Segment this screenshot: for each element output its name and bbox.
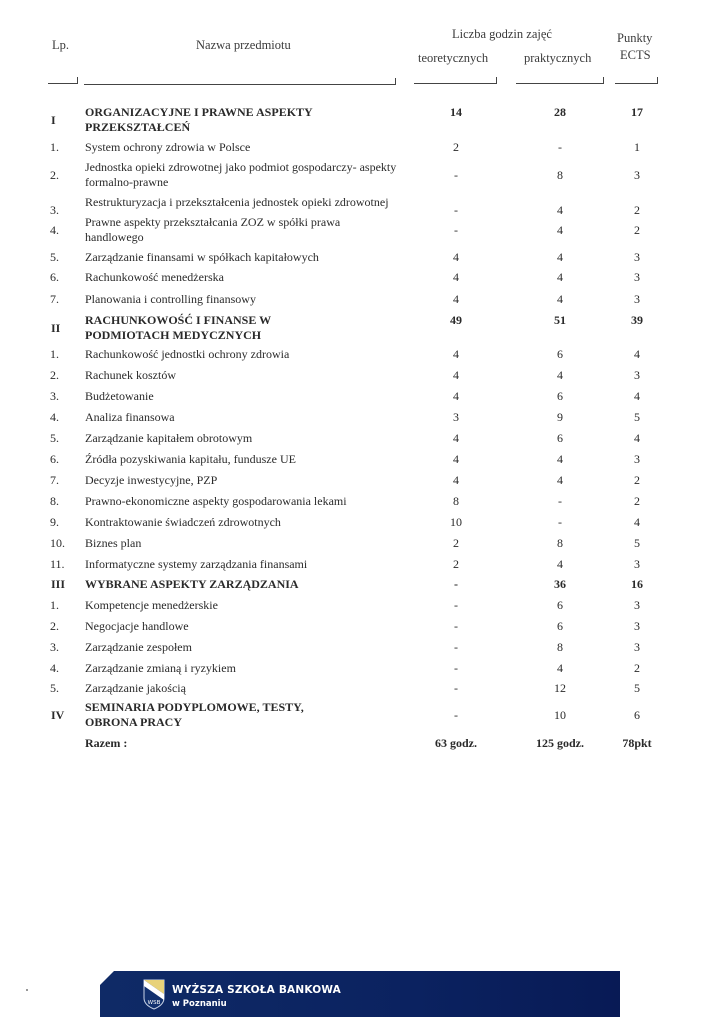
ects-points: 3: [607, 557, 667, 572]
ects-points: 3: [607, 270, 667, 285]
ects-points: 2: [607, 473, 667, 488]
theoretical-hours: -: [426, 598, 486, 613]
practical-hours: 9: [530, 410, 590, 425]
ects-points: 16: [607, 577, 667, 592]
subject-name: Prawno-ekonomiczne aspekty gospodarowani…: [85, 494, 400, 509]
row-number: 1.: [50, 347, 76, 362]
theoretical-hours: 4: [426, 431, 486, 446]
practical-hours: 4: [530, 368, 590, 383]
ects-points: 17: [607, 105, 667, 120]
row-number: 7.: [50, 473, 76, 488]
ects-points: 3: [607, 598, 667, 613]
wsb-shield-logo-icon: WSB: [143, 978, 165, 1010]
ects-points: 3: [607, 640, 667, 655]
subject-name: Decyzje inwestycyjne, PZP: [85, 473, 400, 488]
practical-hours: 8: [530, 536, 590, 551]
row-number: 5.: [50, 250, 76, 265]
subject-name: Negocjacje handlowe: [85, 619, 400, 634]
ects-points: 3: [607, 368, 667, 383]
row-number: 9.: [50, 515, 76, 530]
ects-points: 3: [607, 452, 667, 467]
theoretical-hours: 4: [426, 473, 486, 488]
row-number: 6.: [50, 270, 76, 285]
total-label: Razem :: [85, 736, 400, 751]
subject-name: Zarządzanie zespołem: [85, 640, 400, 655]
row-number: 8.: [50, 494, 76, 509]
ects-points: 3: [607, 168, 667, 183]
logo-text: WSB: [148, 1000, 161, 1006]
header-theoretical: teoretycznych: [418, 51, 488, 66]
ects-points: 4: [607, 389, 667, 404]
theoretical-hours: 4: [426, 270, 486, 285]
subject-name: Biznes plan: [85, 536, 400, 551]
theoretical-hours: 4: [426, 250, 486, 265]
header-lp: Lp.: [52, 38, 69, 53]
theoretical-hours: 2: [426, 536, 486, 551]
ects-points: 4: [607, 347, 667, 362]
ects-points: 2: [607, 203, 667, 218]
practical-hours: 6: [530, 431, 590, 446]
ects-points: 1: [607, 140, 667, 155]
practical-hours: 4: [530, 292, 590, 307]
theoretical-hours: 4: [426, 347, 486, 362]
practical-hours: 28: [530, 105, 590, 120]
row-number: 2.: [50, 168, 76, 183]
ects-points: 2: [607, 223, 667, 238]
row-number: 5.: [50, 431, 76, 446]
ects-points: 5: [607, 536, 667, 551]
row-number: IV: [51, 708, 77, 723]
row-number: 2.: [50, 368, 76, 383]
total-ects: 78pkt: [607, 736, 667, 751]
practical-hours: 4: [530, 223, 590, 238]
theoretical-hours: 2: [426, 140, 486, 155]
row-number: 4.: [50, 223, 76, 238]
row-number: 7.: [50, 292, 76, 307]
subject-name: Prawne aspekty przekształcania ZOZ w spó…: [85, 215, 400, 245]
theoretical-hours: 4: [426, 368, 486, 383]
row-number: 3.: [50, 389, 76, 404]
practical-hours: 12: [530, 681, 590, 696]
row-number: 4.: [50, 661, 76, 676]
practical-hours: 6: [530, 389, 590, 404]
ects-points: 2: [607, 494, 667, 509]
theoretical-hours: 2: [426, 557, 486, 572]
theoretical-hours: -: [426, 577, 486, 592]
ects-points: 5: [607, 681, 667, 696]
subject-name: Budżetowanie: [85, 389, 400, 404]
ects-points: 6: [607, 708, 667, 723]
header-practical-underline: [516, 83, 604, 84]
practical-hours: 4: [530, 557, 590, 572]
practical-hours: 36: [530, 577, 590, 592]
header-ects-underline: [615, 83, 658, 84]
theoretical-hours: -: [426, 168, 486, 183]
row-number: I: [51, 113, 77, 128]
theoretical-hours: 4: [426, 389, 486, 404]
subject-name: System ochrony zdrowia w Polsce: [85, 140, 400, 155]
theoretical-hours: -: [426, 708, 486, 723]
practical-hours: -: [530, 494, 590, 509]
practical-hours: 4: [530, 452, 590, 467]
row-number: 1.: [50, 598, 76, 613]
row-number: 10.: [50, 536, 76, 551]
theoretical-hours: -: [426, 619, 486, 634]
practical-hours: 10: [530, 708, 590, 723]
subject-name: RACHUNKOWOŚĆ I FINANSE W PODMIOTACH MEDY…: [85, 313, 355, 343]
subject-name: Rachunkowość jednostki ochrony zdrowia: [85, 347, 400, 362]
row-number: 1.: [50, 140, 76, 155]
row-number: 6.: [50, 452, 76, 467]
practical-hours: 6: [530, 347, 590, 362]
header-subject-name: Nazwa przedmiotu: [196, 38, 291, 53]
header-practical: praktycznych: [524, 51, 591, 66]
row-number: III: [51, 577, 77, 592]
header-hours-group: Liczba godzin zajęć: [452, 27, 552, 42]
ects-points: 2: [607, 661, 667, 676]
theoretical-hours: 49: [426, 313, 486, 328]
theoretical-hours: -: [426, 223, 486, 238]
practical-hours: 4: [530, 270, 590, 285]
subject-name: Zarządzanie jakością: [85, 681, 400, 696]
total-practical: 125 godz.: [530, 736, 590, 751]
ects-points: 3: [607, 250, 667, 265]
practical-hours: -: [530, 140, 590, 155]
subject-name: Zarządzanie kapitałem obrotowym: [85, 431, 400, 446]
ects-points: 39: [607, 313, 667, 328]
row-number: 11.: [50, 557, 76, 572]
theoretical-hours: -: [426, 203, 486, 218]
subject-name: SEMINARIA PODYPLOMOWE, TESTY, OBRONA PRA…: [85, 700, 355, 730]
row-number: 4.: [50, 410, 76, 425]
subject-name: WYBRANE ASPEKTY ZARZĄDZANIA: [85, 577, 355, 592]
header-lp-underline: [48, 83, 78, 84]
theoretical-hours: 4: [426, 452, 486, 467]
theoretical-hours: -: [426, 681, 486, 696]
practical-hours: 4: [530, 203, 590, 218]
scan-speck: [26, 989, 28, 991]
practical-hours: 8: [530, 640, 590, 655]
practical-hours: 4: [530, 473, 590, 488]
practical-hours: 8: [530, 168, 590, 183]
theoretical-hours: 8: [426, 494, 486, 509]
practical-hours: 4: [530, 250, 590, 265]
ects-points: 4: [607, 431, 667, 446]
subject-name: Zarządzanie finansami w spółkach kapitał…: [85, 250, 400, 265]
subject-name: Planowania i controlling finansowy: [85, 292, 400, 307]
row-number: 2.: [50, 619, 76, 634]
practical-hours: 6: [530, 619, 590, 634]
subject-name: Restrukturyzacja i przekształcenia jedno…: [85, 195, 400, 210]
theoretical-hours: 10: [426, 515, 486, 530]
practical-hours: 51: [530, 313, 590, 328]
subject-name: Rachunek kosztów: [85, 368, 400, 383]
institution-name: WYŻSZA SZKOŁA BANKOWA: [172, 984, 341, 996]
practical-hours: 4: [530, 661, 590, 676]
row-number: 3.: [50, 203, 76, 218]
ects-points: 5: [607, 410, 667, 425]
ects-points: 3: [607, 292, 667, 307]
header-ects-line1: Punkty: [617, 31, 652, 46]
subject-name: Informatyczne systemy zarządzania finans…: [85, 557, 400, 572]
ects-points: 4: [607, 515, 667, 530]
total-theoretical: 63 godz.: [426, 736, 486, 751]
header-name-underline: [84, 84, 396, 85]
header-theoretical-underline: [414, 83, 497, 84]
theoretical-hours: 14: [426, 105, 486, 120]
footer-banner: WSB WYŻSZA SZKOŁA BANKOWA w Poznaniu: [100, 971, 620, 1017]
theoretical-hours: 4: [426, 292, 486, 307]
subject-name: Zarządzanie zmianą i ryzykiem: [85, 661, 400, 676]
subject-name: Kompetencje menedżerskie: [85, 598, 400, 613]
row-number: II: [51, 321, 77, 336]
theoretical-hours: 3: [426, 410, 486, 425]
theoretical-hours: -: [426, 640, 486, 655]
subject-name: Źródła pozyskiwania kapitału, fundusze U…: [85, 452, 400, 467]
theoretical-hours: -: [426, 661, 486, 676]
subject-name: ORGANIZACYJNE I PRAWNE ASPEKTY PRZEKSZTA…: [85, 105, 355, 135]
institution-city: w Poznaniu: [172, 999, 227, 1009]
row-number: 5.: [50, 681, 76, 696]
subject-name: Rachunkowość menedżerska: [85, 270, 400, 285]
row-number: 3.: [50, 640, 76, 655]
practical-hours: -: [530, 515, 590, 530]
subject-name: Jednostka opieki zdrowotnej jako podmiot…: [85, 160, 400, 190]
practical-hours: 6: [530, 598, 590, 613]
subject-name: Analiza finansowa: [85, 410, 400, 425]
header-ects-line2: ECTS: [620, 48, 651, 63]
ects-points: 3: [607, 619, 667, 634]
subject-name: Kontraktowanie świadczeń zdrowotnych: [85, 515, 400, 530]
